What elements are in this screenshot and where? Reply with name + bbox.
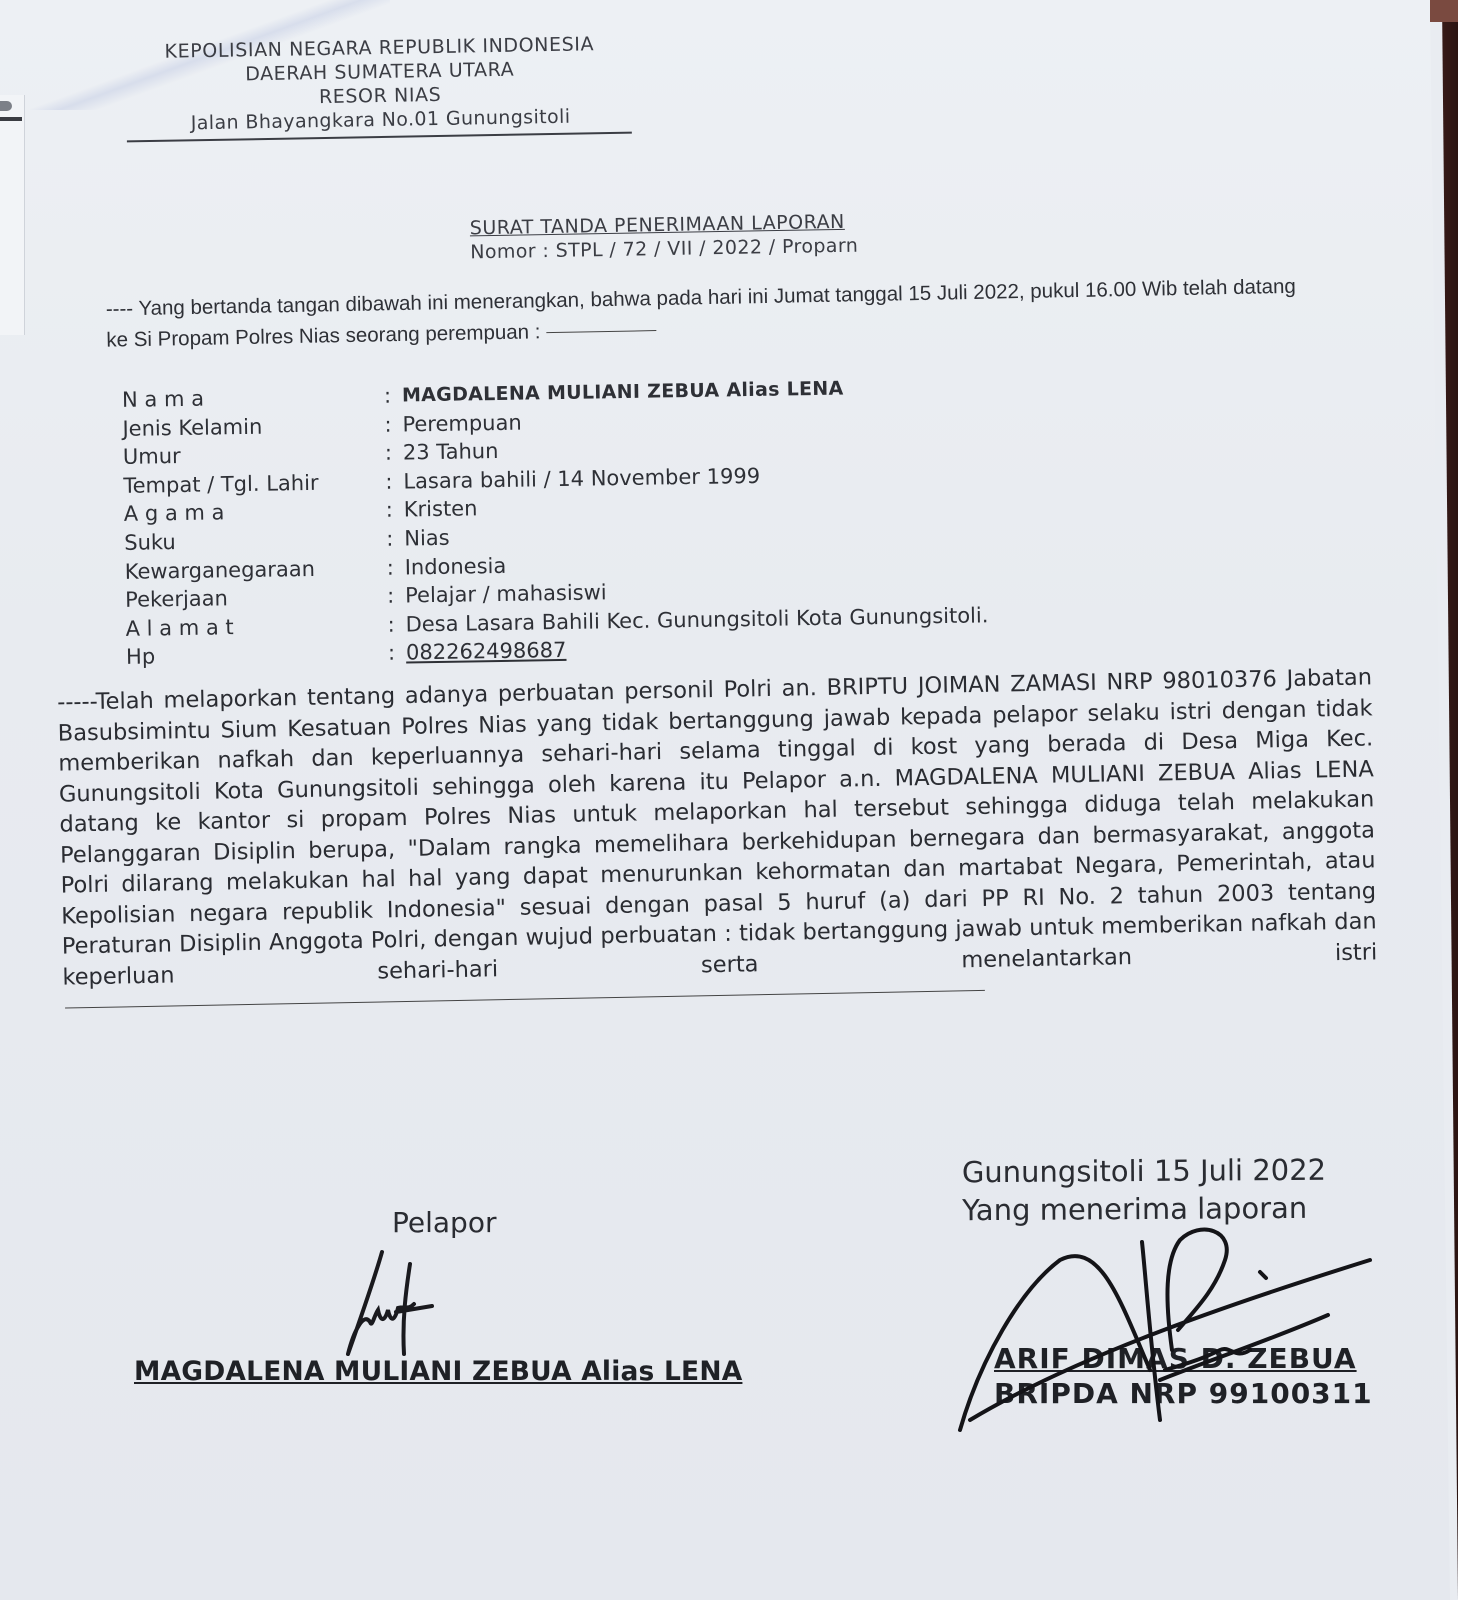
identity-value: Lasara bahili / 14 November 1999 xyxy=(403,462,760,496)
identity-colon: : xyxy=(385,467,403,496)
report-body-trailing-rule xyxy=(65,990,985,1009)
identity-value: 082262498687 xyxy=(406,636,567,667)
identity-colon: : xyxy=(385,439,403,468)
reporter-label: Pelapor xyxy=(392,1206,496,1239)
document-paper: KEPOLISIAN NEGARA REPUBLIK INDONESIA DAE… xyxy=(0,0,1458,1600)
identity-value: Nias xyxy=(404,524,450,553)
intro-text: ---- Yang bertanda tangan dibawah ini me… xyxy=(106,275,1296,352)
identity-label: Umur xyxy=(123,439,385,472)
identity-label: Pekerjaan xyxy=(125,582,387,615)
document-number: Nomor : STPL / 72 / VII / 2022 / Proparn xyxy=(470,235,858,264)
receiver-block: Gunungsitoli 15 Juli 2022 Yang menerima … xyxy=(962,1151,1327,1230)
document-title-block: SURAT TANDA PENERIMAAN LAPORAN Nomor : S… xyxy=(470,211,859,264)
identity-label: Kewarganegaraan xyxy=(125,553,387,586)
identity-value: Indonesia xyxy=(404,551,506,581)
identity-label: A l a m a t xyxy=(125,610,387,643)
identity-label: Suku xyxy=(124,525,386,558)
identity-colon: : xyxy=(386,496,404,525)
underlying-sheet-edge xyxy=(0,95,25,335)
intro-trailing-rule xyxy=(546,330,656,333)
reporter-signature-icon xyxy=(340,1250,460,1360)
place-date: Gunungsitoli 15 Juli 2022 xyxy=(962,1151,1326,1192)
table-edge-corner xyxy=(1430,0,1458,22)
binder-bar xyxy=(0,117,22,121)
identity-value: Pelajar / mahasiswi xyxy=(405,578,607,610)
reporter-name: MAGDALENA MULIANI ZEBUA Alias LENA xyxy=(134,1356,742,1387)
intro-paragraph: ---- Yang bertanda tangan dibawah ini me… xyxy=(106,270,1317,355)
letterhead: KEPOLISIAN NEGARA REPUBLIK INDONESIA DAE… xyxy=(119,31,641,142)
identity-colon: : xyxy=(384,410,402,439)
identity-table: N a m a:MAGDALENA MULIANI ZEBUA Alias LE… xyxy=(122,370,1126,672)
report-body: -----Telah melaporkan tentang adanya per… xyxy=(57,662,1378,1023)
identity-colon: : xyxy=(386,524,404,553)
identity-colon: : xyxy=(386,553,404,582)
binder-clip-icon xyxy=(0,101,12,111)
identity-value: Perempuan xyxy=(402,408,522,438)
identity-label: Tempat / Tgl. Lahir xyxy=(123,468,385,501)
identity-colon: : xyxy=(387,610,405,639)
identity-colon: : xyxy=(388,639,406,668)
identity-label: Jenis Kelamin xyxy=(122,410,384,443)
identity-value: Kristen xyxy=(404,495,478,525)
officer-signature-icon xyxy=(950,1220,1380,1440)
identity-colon: : xyxy=(384,381,402,410)
identity-label: A g a m a xyxy=(124,496,386,529)
identity-label: N a m a xyxy=(122,382,384,415)
report-body-text: -----Telah melaporkan tentang adanya per… xyxy=(57,664,1378,990)
identity-value: 23 Tahun xyxy=(403,437,499,467)
identity-colon: : xyxy=(387,582,405,611)
identity-label: Hp xyxy=(126,639,388,672)
